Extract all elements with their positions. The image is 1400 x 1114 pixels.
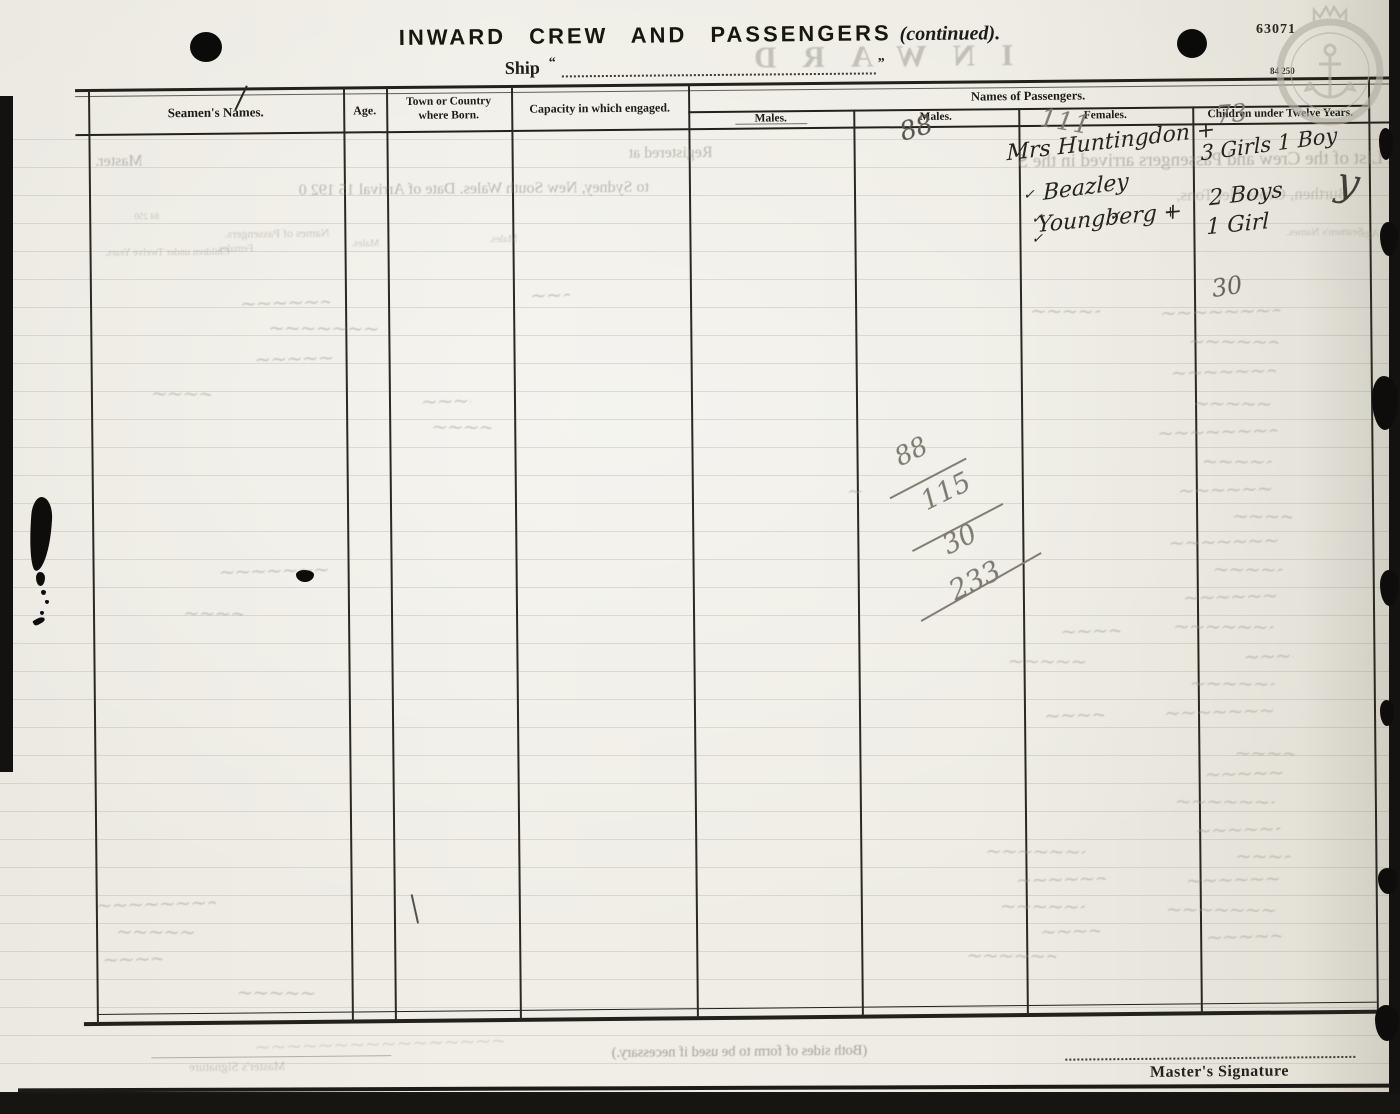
bleed-squiggle: ~~~~~~~~~~~~~~~~~~~~~~~~~~~~~~~~~~~~~~~~… [1164,698,1275,723]
pencil-sum-a: 88 [890,431,933,473]
bleed-both-sides-note: (Both sides of form to be used if necess… [507,1043,867,1063]
column-header-age: Age. [343,103,386,118]
bleed-squiggle: ~~~~~~~~~~~~~~~~~~~~~~~~~~~~~~~~~~~~~~~~… [254,345,335,369]
bleed-squiggle: ~~~~~~~~~~~~~~~~~~~~~~~~~~~~~~~~~~~~~~~~… [1213,557,1283,580]
bleed-masters-signature: Master's Signature [75,1058,285,1076]
column-header-males-1: Males. [688,112,853,126]
checkmark: ✓ [1031,231,1043,247]
column-header-males-2: Males. [853,110,1018,124]
bleed-squiggle: ~~~~~~~~~~~~~~~~~~~~~~~~~~~~~~~~~~~~~~~~… [1185,866,1281,891]
bleed-squiggle: ~~~~~~~~~~~~~~~~~~~~~~~~~~~~~~~~~~~~~~~~… [847,479,863,501]
bleed-squiggle: ~~~~~~~~~~~~~~~~~~~~~~~~~~~~~~~~~~~~~~~~… [1202,449,1272,472]
bleed-squiggle: ~~~~~~~~~~~~~~~~~~~~~~~~~~~~~~~~~~~~~~~~… [1243,643,1294,666]
bleed-squiggle: ~~~~~~~~~~~~~~~~~~~~~~~~~~~~~~~~~~~~~~~~… [102,946,163,970]
bleed-squiggle: ~~~~~~~~~~~~~~~~~~~~~~~~~~~~~~~~~~~~~~~~… [1168,528,1279,553]
punch-hole [1177,29,1207,58]
bleed-sydney-line: to Sydney, New South Wales. Date of Arri… [19,179,649,203]
bleed-squiggle: ~~~~~~~~~~~~~~~~~~~~~~~~~~~~~~~~~~~~~~~~… [1007,649,1087,672]
column-header-town-line1: Town or Country [386,95,511,108]
pen-stroke-mark [411,894,419,924]
bleed-squiggle: ~~~~~~~~~~~~~~~~~~~~~~~~~~~~~~~~~~~~~~~~… [421,388,472,411]
bleed-squiggle: ~~~~~~~~~~~~~~~~~~~~~~~~~~~~~~~~~~~~~~~~… [96,890,217,915]
bleed-names-of-passengers: Names of Passengers. [179,226,329,242]
bleed-squiggle: ~~~~~~~~~~~~~~~~~~~~~~~~~~~~~~~~~~~~~~~~… [1190,671,1275,694]
bleed-squiggle: ~~~~~~~~~~~~~~~~~~~~~~~~~~~~~~~~~~~~~~~~… [530,282,571,305]
printed-form: INWARD CREW AND PASSENGERS(continued). S… [0,0,1400,1114]
punch-hole [190,32,222,62]
bleed-squiggle: ~~~~~~~~~~~~~~~~~~~~~~~~~~~~~~~~~~~~~~~~… [1206,923,1282,947]
scan-edge-left [0,96,13,772]
bleed-squiggle: ~~~~~~~~~~~~~~~~~~~~~~~~~~~~~~~~~~~~~~~~… [431,414,491,436]
bleed-squiggle: ~~~~~~~~~~~~~~~~~~~~~~~~~~~~~~~~~~~~~~~~… [1178,476,1274,501]
handwritten-children-row2: 2 Boys [1209,178,1283,212]
bleed-squiggle: ~~~~~~~~~~~~~~~~~~~~~~~~~~~~~~~~~~~~~~~~… [240,289,331,313]
bleed-squiggle: ~~~~~~~~~~~~~~~~~~~~~~~~~~~~~~~~~~~~~~~~… [268,315,378,338]
scanned-page: INWARD CREW AND PASSENGERS(continued). S… [0,0,1400,1114]
bleed-squiggle: ~~~~~~~~~~~~~~~~~~~~~~~~~~~~~~~~~~~~~~~~… [1188,329,1278,352]
bleed-squiggle: ~~~~~~~~~~~~~~~~~~~~~~~~~~~~~~~~~~~~~~~~… [1060,618,1121,642]
bleed-age-header: Age. [1343,228,1379,240]
masters-signature-line [1065,1056,1355,1061]
bleed-squiggle: ~~~~~~~~~~~~~~~~~~~~~~~~~~~~~~~~~~~~~~~~… [985,839,1085,862]
col-rule-capacity-left [511,87,521,1020]
bleed-squiggle: ~~~~~~~~~~~~~~~~~~~~~~~~~~~~~~~~~~~~~~~~… [1170,358,1276,383]
bleed-squiggle: ~~~~~~~~~~~~~~~~~~~~~~~~~~~~~~~~~~~~~~~~… [116,919,196,942]
bleed-form-code: 84 250 [111,211,159,221]
bleed-squiggle: ~~~~~~~~~~~~~~~~~~~~~~~~~~~~~~~~~~~~~~~~… [1183,583,1279,608]
col-rule-left [88,91,98,1024]
bleed-squiggle: ~~~~~~~~~~~~~~~~~~~~~~~~~~~~~~~~~~~~~~~~… [151,381,211,403]
checkmark: ✓ [1031,211,1043,227]
col-rule-town-left [386,88,396,1021]
bleed-squiggle: ~~~~~~~~~~~~~~~~~~~~~~~~~~~~~~~~~~~~~~~~… [1166,897,1276,920]
bleed-squiggle: ~~~~~~~~~~~~~~~~~~~~~~~~~~~~~~~~~~~~~~~~… [1160,298,1281,323]
scan-edge-right [1389,0,1400,1114]
bleed-squiggle: ~~~~~~~~~~~~~~~~~~~~~~~~~~~~~~~~~~~~~~~~… [1040,918,1101,942]
bleed-squiggle: ~~~~~~~~~~~~~~~~~~~~~~~~~~~~~~~~~~~~~~~~… [1235,844,1290,866]
bleed-males-header-2: Males. [471,234,517,245]
bleed-squiggle: ~~~~~~~~~~~~~~~~~~~~~~~~~~~~~~~~~~~~~~~~… [1015,865,1106,889]
bleed-squiggle: ~~~~~~~~~~~~~~~~~~~~~~~~~~~~~~~~~~~~~~~~… [1204,760,1285,784]
bleed-squiggle: ~~~~~~~~~~~~~~~~~~~~~~~~~~~~~~~~~~~~~~~~… [1044,702,1105,726]
bleed-squiggle: ~~~~~~~~~~~~~~~~~~~~~~~~~~~~~~~~~~~~~~~~… [1030,298,1100,321]
embossed-stamp [1262,2,1398,128]
bleed-squiggle: ~~~~~~~~~~~~~~~~~~~~~~~~~~~~~~~~~~~~~~~~… [237,980,317,1003]
scan-edge-bottom [0,1094,1400,1114]
bleed-squiggle: ~~~~~~~~~~~~~~~~~~~~~~~~~~~~~~~~~~~~~~~~… [966,943,1056,966]
column-header-town-line2: where Born. [386,109,511,122]
bleed-squiggle: ~~~~~~~~~~~~~~~~~~~~~~~~~~~~~~~~~~~~~~~~… [1157,418,1278,443]
col-rule-males1-left [688,85,698,1018]
pencil-children-tally: 73 [1215,99,1248,129]
ship-open-quote: “ [549,56,556,72]
col-rule-right [1368,79,1378,1012]
masters-signature-label: Master's Signature [1109,1062,1329,1082]
crown-icon [1312,7,1348,24]
checkmark: ✓ [1023,187,1035,203]
pencil-sum-total: 233 [943,554,1006,607]
ship-label: Ship [505,58,540,79]
bleed-inward: INWARD [588,36,1154,77]
bleed-females-header: Females. [197,243,253,255]
bleed-squiggle: ~~~~~~~~~~~~~~~~~~~~~~~~~~~~~~~~~~~~~~~~… [1175,789,1275,812]
column-header-capacity: Capacity in which engaged. [511,100,688,117]
checkmark: ✓ [1109,208,1121,224]
col-rule-age-left [343,89,353,1022]
plus-mark: + [1164,203,1177,221]
bleed-squiggle: ~~~~~~~~~~~~~~~~~~~~~~~~~~~~~~~~~~~~~~~~… [1173,614,1273,637]
bleed-squiggle: ~~~~~~~~~~~~~~~~~~~~~~~~~~~~~~~~~~~~~~~~… [1232,504,1292,526]
col-rule-males2-left [853,110,863,1017]
bleed-squiggle: ~~~~~~~~~~~~~~~~~~~~~~~~~~~~~~~~~~~~~~~~… [1000,894,1085,917]
bleed-squiggle: ~~~~~~~~~~~~~~~~~~~~~~~~~~~~~~~~~~~~~~~~… [183,601,243,623]
anchor-icon [1306,45,1354,97]
bleed-males-header-1: Males. [333,238,379,249]
bleed-squiggle: ~~~~~~~~~~~~~~~~~~~~~~~~~~~~~~~~~~~~~~~~… [1193,391,1273,414]
column-header-seamens-names: Seamen's Names. [88,104,343,122]
bleed-master: Master. [63,152,143,171]
bleed-registered-at: Registered at [583,144,713,163]
bleed-squiggle: ~~~~~~~~~~~~~~~~~~~~~~~~~~~~~~~~~~~~~~~~… [254,1028,505,1057]
pencil-sum-c: 30 [937,518,982,561]
pencil-sum-b: 115 [916,467,976,518]
bleed-squiggle: ~~~~~~~~~~~~~~~~~~~~~~~~~~~~~~~~~~~~~~~~… [1195,816,1281,840]
